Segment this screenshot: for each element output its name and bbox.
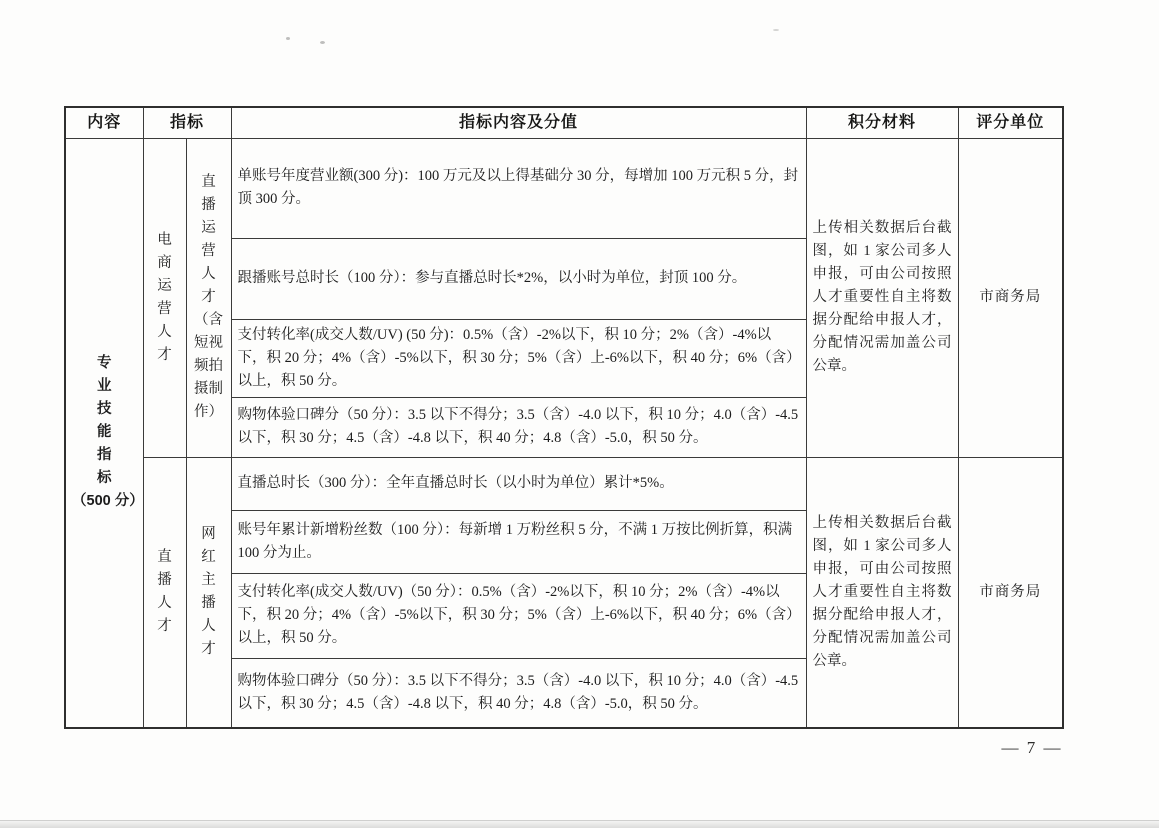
header-indicator-detail: 指标内容及分值 — [231, 107, 806, 138]
talent-cell-livestream: 直 播 人 才 — [143, 457, 186, 728]
indicator-total-stream-hours: 直播总时长（300 分）：全年直播总时长（以小时为单位）累计*5%。 — [231, 457, 806, 510]
table-header-row: 内容 指标 指标内容及分值 积分材料 评分单位 — [65, 107, 1063, 138]
indicator-shopping-rating-2: 购物体验口碑分（50 分）：3.5 以下不得分；3.5（含）-4.0 以下，积 … — [231, 658, 806, 728]
page-number: — 7 — — [952, 738, 1112, 758]
indicator-shopping-rating-1: 购物体验口碑分（50 分）：3.5 以下不得分；3.5（含）-4.0 以下，积 … — [231, 397, 806, 457]
material-cell-group1: 上传相关数据后台截图，如 1 家公司多人申报，可由公司按照人才重要性自主将数据分… — [806, 138, 958, 457]
indicator-payment-conversion-1: 支付转化率(成交人数/UV) (50 分)：0.5%（含）-2%以下，积 10 … — [231, 319, 806, 397]
category-cell-professional-skills: 专 业 技 能 指 标 （500 分） — [65, 138, 143, 728]
scan-speck — [773, 29, 779, 31]
subtalent-cell-live-operation: 直 播 运 营 人 才 （含 短视 频拍 摄制 作） — [186, 138, 231, 457]
indicator-annual-revenue: 单账号年度营业额(300 分)：100 万元及以上得基础分 30 分，每增加 1… — [231, 138, 806, 238]
scan-bottom-edge — [0, 820, 1159, 828]
header-content: 内容 — [65, 107, 143, 138]
scanned-document-page: 内容 指标 指标内容及分值 积分材料 评分单位 专 业 技 能 指 标 （500… — [0, 0, 1159, 828]
material-cell-group2: 上传相关数据后台截图，如 1 家公司多人申报，可由公司按照人才重要性自主将数据分… — [806, 457, 958, 728]
unit-cell-group2: 市商务局 — [958, 457, 1063, 728]
header-scoring-unit: 评分单位 — [958, 107, 1063, 138]
scan-speck — [286, 37, 290, 40]
table-row: 直 播 人 才 网 红 主 播 人 才 直播总时长（300 分）：全年直播总时长… — [65, 457, 1063, 510]
table-row: 专 业 技 能 指 标 （500 分） 电 商 运 营 人 才 直 播 运 营 … — [65, 138, 1063, 238]
scoring-criteria-table: 内容 指标 指标内容及分值 积分材料 评分单位 专 业 技 能 指 标 （500… — [64, 106, 1064, 729]
indicator-new-followers: 账号年累计新增粉丝数（100 分）：每新增 1 万粉丝积 5 分，不满 1 万按… — [231, 510, 806, 573]
header-indicator: 指标 — [143, 107, 231, 138]
subtalent-cell-influencer-host: 网 红 主 播 人 才 — [186, 457, 231, 728]
header-score-material: 积分材料 — [806, 107, 958, 138]
scan-speck — [320, 41, 325, 44]
indicator-co-stream-hours: 跟播账号总时长（100 分）：参与直播总时长*2%，以小时为单位，封顶 100 … — [231, 238, 806, 319]
indicator-payment-conversion-2: 支付转化率(成交人数/UV)（50 分）：0.5%（含）-2%以下，积 10 分… — [231, 573, 806, 658]
unit-cell-group1: 市商务局 — [958, 138, 1063, 457]
talent-cell-ecommerce-operation: 电 商 运 营 人 才 — [143, 138, 186, 457]
